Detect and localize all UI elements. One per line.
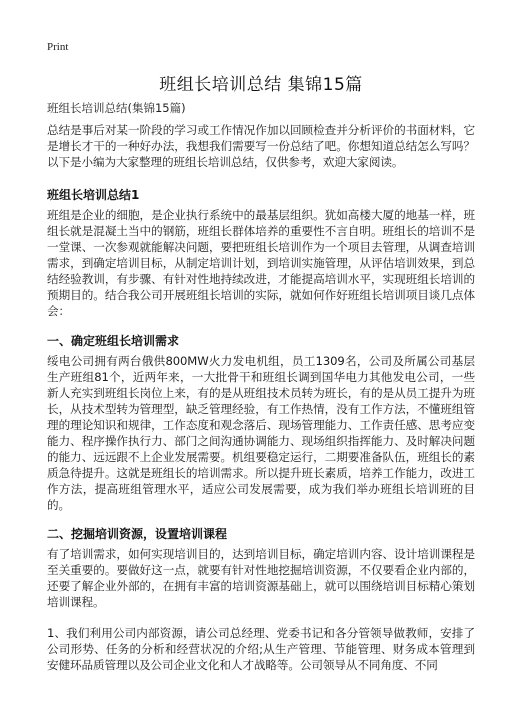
section-heading-2: 一、确定班组长培训需求 xyxy=(47,332,179,349)
print-label[interactable]: Print xyxy=(47,41,68,53)
section-body-3-item-1: 1、我们利用公司内部资源，请公司总经理、党委书记和各分管领导做教师，安排了公司形… xyxy=(47,625,475,673)
page-title: 班组长培训总结 集锦15篇 xyxy=(47,70,475,95)
section-body-3: 有了培训需求，如何实现培训目的，达到培训目标，确定培训内容、设计培训课程是至关重… xyxy=(47,546,475,610)
intro-paragraph: 总结是事后对某一阶段的学习或工作情况作加以回顾检查并分析评价的书面材料，它是增长… xyxy=(47,122,475,170)
section-body-2: 绥电公司拥有两台俄供800MW火力发电机组，员工1309名，公司及所属公司基层生… xyxy=(47,353,475,513)
section-heading-3: 二、挖掘培训资源，设置培训课程 xyxy=(47,525,227,542)
section-heading-1: 班组长培训总结1 xyxy=(47,186,139,203)
section-body-1: 班组是企业的细胞，是企业执行系统中的最基层组织。犹如高楼大厦的地基一样，班组长就… xyxy=(47,207,475,319)
page-subtitle: 班组长培训总结(集锦15篇) xyxy=(47,100,186,116)
